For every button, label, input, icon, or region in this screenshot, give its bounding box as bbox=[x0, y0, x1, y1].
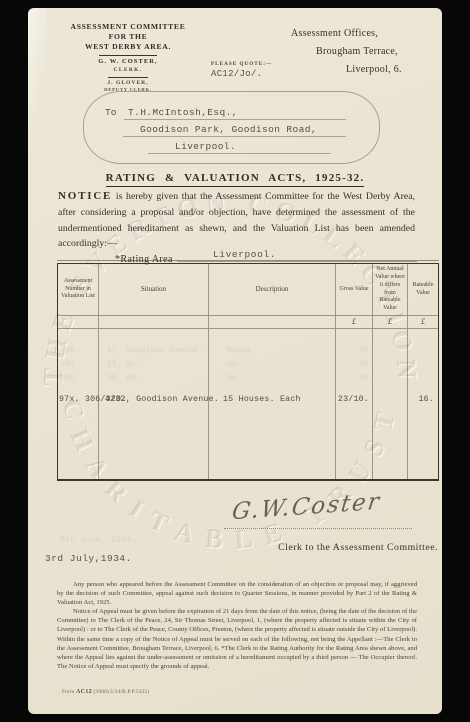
currency-cell-empty bbox=[58, 316, 99, 329]
ghost-cell: 302. bbox=[58, 374, 99, 388]
document-title: RATING & VALUATION ACTS, 1925-32. bbox=[106, 172, 365, 187]
to-label: To bbox=[105, 107, 116, 118]
ghost-row: 306. 17, Goodison Avenue. House. 40. bbox=[58, 346, 438, 360]
handwritten-signature: G.W.Coster bbox=[230, 489, 382, 526]
col-header-assessment-number: Assessment Number in Valuation List bbox=[58, 264, 99, 316]
fine-print-paragraph-2: Notice of Appeal must be given before th… bbox=[57, 607, 417, 671]
notice-paragraph: NOTICE is hereby given that the Assessme… bbox=[58, 188, 415, 252]
col-header-description: Description bbox=[209, 264, 336, 316]
col-header-gross-value: Gross Value bbox=[336, 264, 373, 316]
committee-name-line: FOR THE bbox=[48, 32, 208, 42]
notice-body-text: is hereby given that the Assessment Comm… bbox=[58, 191, 415, 249]
col-header-situation: Situation bbox=[99, 264, 209, 316]
signature-underline bbox=[224, 528, 412, 529]
ghost-row: 304. 21, do. do. 40. bbox=[58, 360, 438, 374]
col-header-net-annual-value: Net Annual Value where it differs from R… bbox=[373, 264, 408, 316]
recipient-city: Liverpool. bbox=[175, 141, 236, 152]
currency-cell-empty bbox=[99, 316, 209, 329]
clerk-name: G. W. COSTER, bbox=[48, 58, 208, 67]
recipient-address: Goodison Park, Goodison Road, bbox=[140, 124, 317, 135]
currency-symbol-net: £ bbox=[373, 316, 408, 329]
form-number-code: AC12 bbox=[76, 689, 92, 695]
rating-area-value: Liverpool. bbox=[213, 249, 276, 260]
ghost-row: 302. 25, do. do. 40. bbox=[58, 374, 438, 388]
form-number-prefix: Form bbox=[62, 689, 76, 695]
ghost-cell: 40. bbox=[336, 360, 373, 374]
ghost-cell: 304. bbox=[58, 360, 99, 374]
ghost-cell: do. bbox=[209, 374, 336, 388]
ghost-cell: 40. bbox=[336, 374, 373, 388]
bleed-through-ghost-rows: 306. 17, Goodison Avenue. House. 40. 304… bbox=[58, 346, 438, 388]
office-address-line: Brougham Terrace, bbox=[316, 46, 398, 57]
committee-name-line: ASSESSMENT COMMITTEE bbox=[48, 22, 208, 32]
office-address-line: Liverpool, 6. bbox=[346, 64, 402, 75]
currency-symbol-gross: £ bbox=[336, 316, 373, 329]
title-row: RATING & VALUATION ACTS, 1925-32. bbox=[28, 168, 442, 187]
scan-edge-artifact bbox=[28, 8, 46, 128]
please-quote-label: PLEASE QUOTE:— bbox=[211, 61, 291, 67]
letterhead-rule bbox=[108, 77, 148, 78]
fine-print-paragraph-1: Any person who appeared before the Asses… bbox=[57, 580, 417, 607]
deputy-clerk-name: J. GLOVER, bbox=[48, 80, 208, 87]
office-address-line: Assessment Offices, bbox=[291, 28, 378, 39]
notice-lead-word: NOTICE bbox=[58, 190, 112, 202]
recipient-name: T.H.McIntosh,Esq., bbox=[128, 107, 238, 118]
committee-name-line: WEST DERBY AREA. bbox=[48, 42, 208, 52]
address-underline bbox=[148, 153, 331, 154]
ghost-cell: 17, Goodison Avenue. bbox=[99, 346, 209, 360]
ghost-cell: House. bbox=[209, 346, 336, 360]
clerk-title: CLERK. bbox=[48, 67, 208, 73]
appeal-fine-print: Any person who appeared before the Asses… bbox=[57, 580, 417, 671]
letterhead-committee: ASSESSMENT COMMITTEE FOR THE WEST DERBY … bbox=[48, 22, 208, 92]
address-underline bbox=[124, 119, 346, 120]
ghost-date-bleed: 8th June, 1934. bbox=[60, 535, 137, 545]
ghost-cell: 306. bbox=[58, 346, 99, 360]
letterhead-rule bbox=[99, 55, 157, 56]
ghost-cell: do. bbox=[209, 360, 336, 374]
rating-area-underline bbox=[177, 261, 417, 262]
reference-code: AC12/Jo/. bbox=[211, 69, 291, 79]
table-top-rule bbox=[57, 260, 439, 261]
scan-background: THE EVERTON COLLECTION CHARITABLE TRUST … bbox=[0, 0, 470, 722]
address-underline bbox=[123, 136, 346, 137]
currency-cell-empty bbox=[209, 316, 336, 329]
valuation-table: Assessment Number in Valuation List Situ… bbox=[57, 263, 439, 481]
ghost-cell: 40. bbox=[336, 346, 373, 360]
document-page: THE EVERTON COLLECTION CHARITABLE TRUST … bbox=[28, 8, 442, 714]
ghost-cell: 21, do. bbox=[99, 360, 209, 374]
reference-block: PLEASE QUOTE:— AC12/Jo/. bbox=[211, 61, 291, 79]
form-number: Form AC12 (3000x3/34/B.P.P.5335) bbox=[62, 689, 150, 695]
form-number-suffix: (3000x3/34/B.P.P.5335) bbox=[92, 689, 150, 695]
document-date: 3rd July,1934. bbox=[45, 553, 132, 564]
col-header-rateable-value: Rateable Value bbox=[408, 264, 438, 316]
currency-symbol-rateable: £ bbox=[408, 316, 438, 329]
ghost-cell: 25, do. bbox=[99, 374, 209, 388]
